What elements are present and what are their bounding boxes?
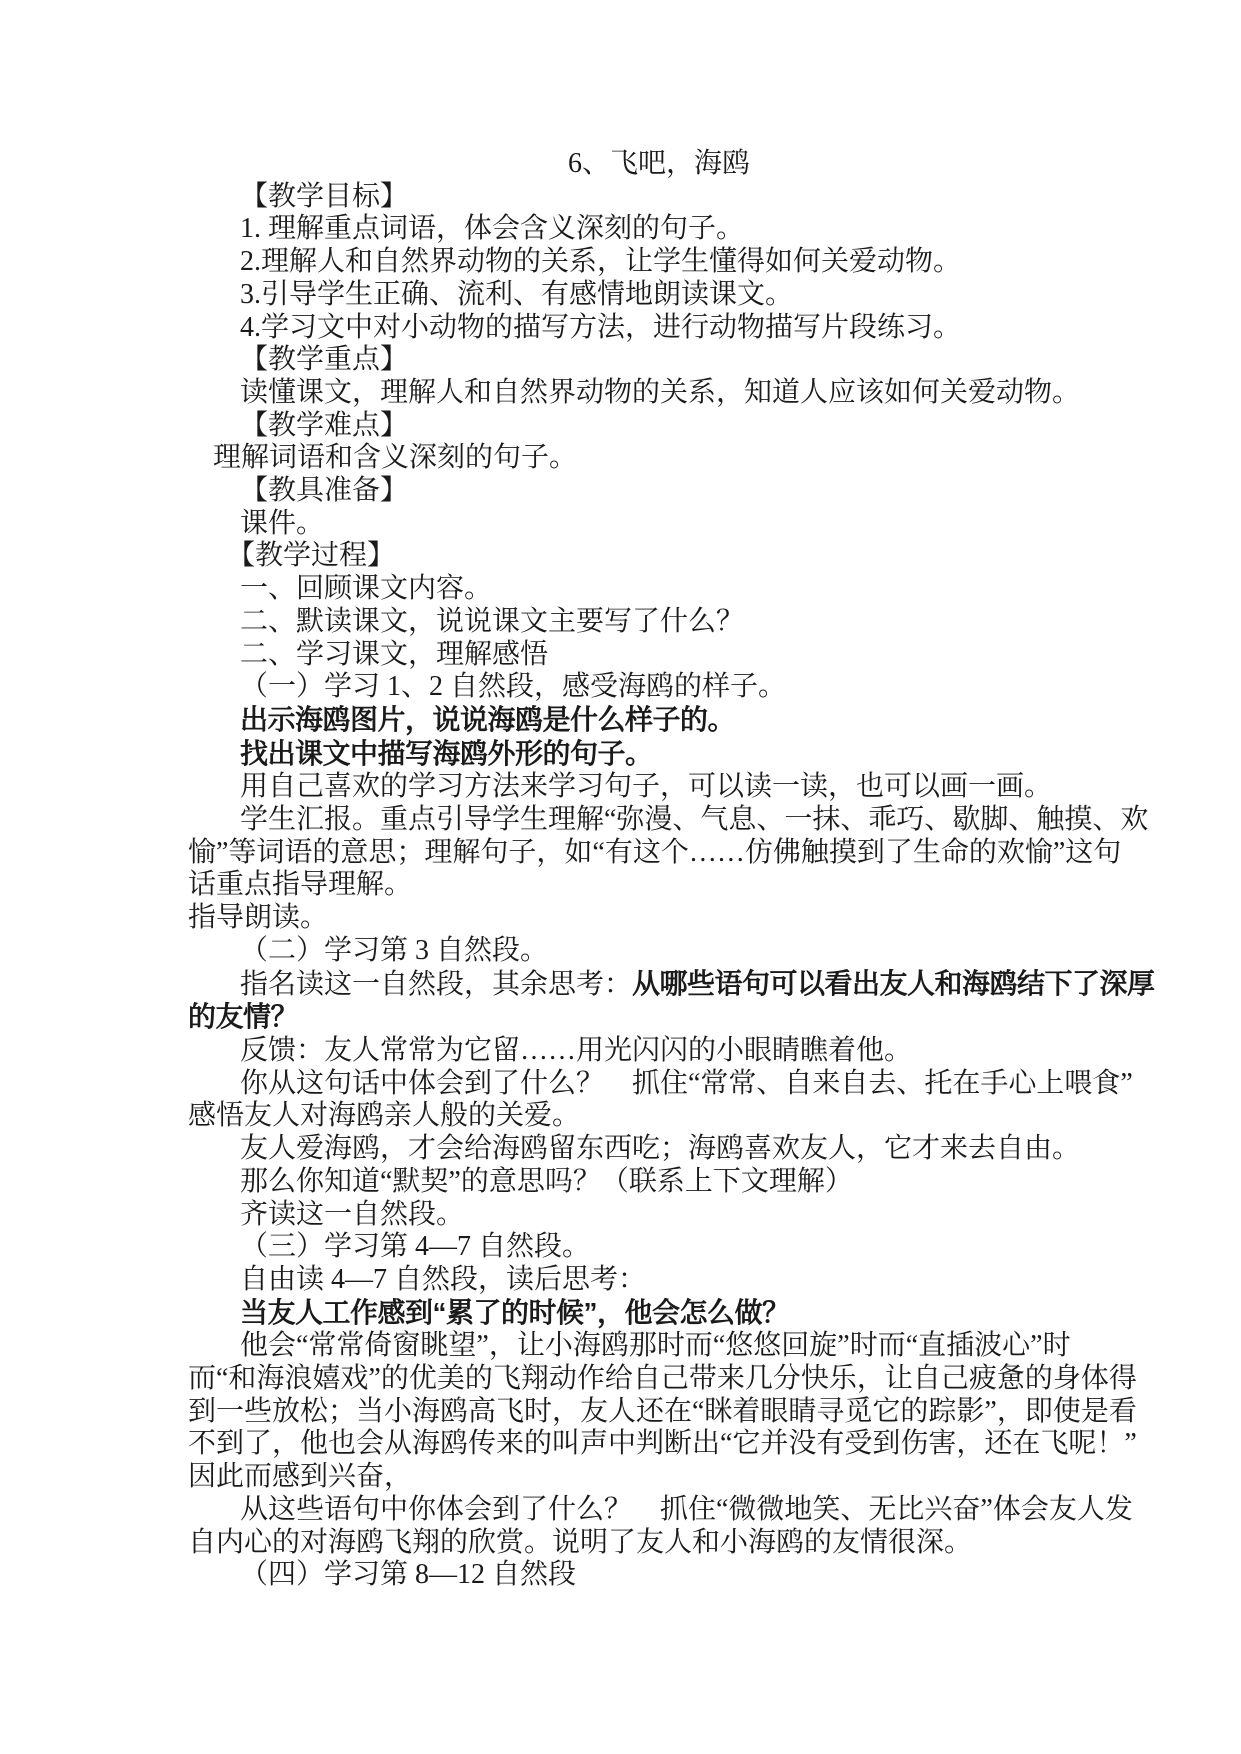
text-segment: 自由读 4—7 自然段，读后思考： [240,1264,646,1295]
text-segment: 齐读这一自然段。 [240,1199,464,1230]
text-line-22: 愉”等词语的意思；理解句子，如“有这个……仿佛触摸到了生命的欢愉”这句 [188,837,1056,870]
text-line-21: 学生汇报。重点引导学生理解“弥漫、气息、一抹、乖巧、歇脚、触摸、欢 [188,804,1056,837]
text-segment: 4.学习文中对小动物的描写方法，进行动物描写片段练习。 [240,312,961,343]
text-line-25: （二）学习第 3 自然段。 [188,935,1056,968]
text-segment: 学生汇报。重点引导学生理解“弥漫、气息、一抹、乖巧、歇脚、触摸、欢 [240,804,1148,835]
text-segment: 从这些语句中你体会到了什么？ 抓住“微微地笑、无比兴奋”体会友人发 [240,1494,1133,1525]
text-segment: 用自己喜欢的学习方法来学习句子，可以读一读，也可以画一画。 [240,771,1052,802]
text-line-12: 课件。 [188,508,1056,541]
text-line-44: （四）学习第 8—12 自然段 [188,1559,1056,1592]
text-line-19: 找出课文中描写海鸥外形的句子。 [188,738,1056,772]
bold-text-segment: 从哪些语句可以看出友人和海鸥结下了深厚 [632,968,1155,999]
text-segment: 3.引导学生正确、流利、有感情地朗读课文。 [240,279,793,310]
text-line-16: 二、学习课文，理解感悟 [188,639,1056,672]
bold-text-segment: 当友人工作感到“累了的时候”，他会怎么做？ [240,1297,790,1328]
text-segment: 【教学过程】 [227,540,395,571]
document-title-line: 6、飞吧，海鸥 [188,148,1056,181]
text-segment: 指导朗读。 [188,902,328,933]
text-segment: 友人爱海鸥，才会给海鸥留东西吃；海鸥喜欢友人，它才来去自由。 [240,1133,1080,1164]
text-segment: （四）学习第 8—12 自然段 [240,1559,576,1590]
text-line-26: 指名读这一自然段，其余思考：从哪些语句可以看出友人和海鸥结下了深厚 [188,968,1056,1002]
text-segment: 读懂课文，理解人和自然界动物的关系，知道人应该如何关爱动物。 [240,377,1080,408]
text-line-37: 他会“常常倚窗眺望”，让小海鸥那时而“悠悠回旋”时而“直插波心”时 [188,1330,1056,1363]
text-line-18: 出示海鸥图片，说说海鸥是什么样子的。 [188,704,1056,738]
text-line-3: 1. 理解重点词语，体会含义深刻的句子。 [188,213,1056,246]
text-segment: 二、默读课文，说说课文主要写了什么？ [240,606,744,637]
text-segment: 【教具准备】 [240,475,408,506]
text-line-6: 4.学习文中对小动物的描写方法，进行动物描写片段练习。 [188,312,1056,345]
text-segment: 他会“常常倚窗眺望”，让小海鸥那时而“悠悠回旋”时而“直插波心”时 [240,1330,1071,1361]
text-segment: （三）学习第 4—7 自然段。 [240,1231,590,1262]
text-segment: 愉”等词语的意思；理解句子，如“有这个……仿佛触摸到了生命的欢愉”这句 [188,837,1121,868]
text-line-11: 【教具准备】 [188,475,1056,508]
text-segment: 1. 理解重点词语，体会含义深刻的句子。 [240,213,744,244]
text-line-40: 不到了，他也会从海鸥传来的叫声中判断出“它并没有受到伤害，还在飞呢！” [188,1428,1056,1461]
text-segment: （一）学习 1、2 自然段，感受海鸥的样子。 [240,671,786,702]
text-line-39: 到一些放松；当小海鸥高飞时，友人还在“眯着眼睛寻觅它的踪影”，即使是看 [188,1396,1056,1429]
text-segment: 话重点指导理解。 [188,869,412,900]
text-line-17: （一）学习 1、2 自然段，感受海鸥的样子。 [188,671,1056,704]
text-line-30: 感悟友人对海鸥亲人般的关爱。 [188,1100,1056,1133]
text-line-4: 2.理解人和自然界动物的关系，让学生懂得如何关爱动物。 [188,246,1056,279]
text-line-34: （三）学习第 4—7 自然段。 [188,1231,1056,1264]
text-segment: 2.理解人和自然界动物的关系，让学生懂得如何关爱动物。 [240,246,961,277]
text-line-2: 【教学目标】 [188,181,1056,214]
text-line-23: 话重点指导理解。 [188,869,1056,902]
bold-text-segment: 的友情？ [188,1001,298,1032]
text-line-20: 用自己喜欢的学习方法来学习句子，可以读一读，也可以画一画。 [188,771,1056,804]
text-line-27: 的友情？ [188,1001,1056,1035]
text-line-38: 而“和海浪嬉戏”的优美的飞翔动作给自己带来几分快乐，让自己疲惫的身体得 [188,1363,1056,1396]
text-segment: 自内心的对海鸥飞翔的欣赏。说明了友人和小海鸥的友情很深。 [188,1527,972,1558]
text-line-8: 读懂课文，理解人和自然界动物的关系，知道人应该如何关爱动物。 [188,377,1056,410]
text-line-35: 自由读 4—7 自然段，读后思考： [188,1264,1056,1297]
document-page: 6、飞吧，海鸥【教学目标】1. 理解重点词语，体会含义深刻的句子。2.理解人和自… [0,0,1241,1754]
text-line-15: 二、默读课文，说说课文主要写了什么？ [188,606,1056,639]
text-segment: 【教学难点】 [240,410,408,441]
text-line-43: 自内心的对海鸥飞翔的欣赏。说明了友人和小海鸥的友情很深。 [188,1527,1056,1560]
text-segment: 课件。 [240,508,324,539]
bold-text-segment: 找出课文中描写海鸥外形的句子。 [240,738,653,769]
text-segment: 【教学目标】 [240,181,408,212]
text-line-42: 从这些语句中你体会到了什么？ 抓住“微微地笑、无比兴奋”体会友人发 [188,1494,1056,1527]
text-segment: 而“和海浪嬉戏”的优美的飞翔动作给自己带来几分快乐，让自己疲惫的身体得 [188,1363,1137,1394]
text-segment: 6、飞吧，海鸥 [568,148,750,179]
text-line-36: 当友人工作感到“累了的时候”，他会怎么做？ [188,1297,1056,1331]
text-segment: 【教学重点】 [240,344,408,375]
text-line-9: 【教学难点】 [188,410,1056,443]
text-segment: 指名读这一自然段，其余思考： [240,969,632,1000]
text-line-31: 友人爱海鸥，才会给海鸥留东西吃；海鸥喜欢友人，它才来去自由。 [188,1133,1056,1166]
text-line-41: 因此而感到兴奋， [188,1461,1056,1494]
text-line-13: 【教学过程】 [188,540,1056,573]
text-line-7: 【教学重点】 [188,344,1056,377]
text-segment: 理解词语和含义深刻的句子。 [213,442,577,473]
text-line-14: 一、回顾课文内容。 [188,573,1056,606]
text-line-28: 反馈：友人常常为它留……用光闪闪的小眼睛瞧着他。 [188,1035,1056,1068]
text-line-10: 理解词语和含义深刻的句子。 [188,442,1056,475]
text-segment: 因此而感到兴奋， [188,1461,412,1492]
bold-text-segment: 出示海鸥图片，说说海鸥是什么样子的。 [240,704,735,735]
document-lines: 6、飞吧，海鸥【教学目标】1. 理解重点词语，体会含义深刻的句子。2.理解人和自… [188,148,1056,1592]
text-segment: （二）学习第 3 自然段。 [240,935,548,966]
text-segment: 感悟友人对海鸥亲人般的关爱。 [188,1100,580,1131]
text-segment: 反馈：友人常常为它留……用光闪闪的小眼睛瞧着他。 [240,1035,912,1066]
text-segment: 你从这句话中体会到了什么？ 抓住“常常、自来自去、托在手心上喂食” [240,1068,1133,1099]
text-segment: 到一些放松；当小海鸥高飞时，友人还在“眯着眼睛寻觅它的踪影”，即使是看 [188,1396,1137,1427]
text-segment: 二、学习课文，理解感悟 [240,639,548,670]
text-line-5: 3.引导学生正确、流利、有感情地朗读课文。 [188,279,1056,312]
text-line-32: 那么你知道“默契”的意思吗？（联系上下文理解） [188,1166,1056,1199]
text-segment: 不到了，他也会从海鸥传来的叫声中判断出“它并没有受到伤害，还在飞呢！” [188,1428,1137,1459]
text-line-33: 齐读这一自然段。 [188,1199,1056,1232]
text-segment: 一、回顾课文内容。 [240,573,492,604]
text-line-24: 指导朗读。 [188,902,1056,935]
text-segment: 那么你知道“默契”的意思吗？（联系上下文理解） [240,1166,853,1197]
text-line-29: 你从这句话中体会到了什么？ 抓住“常常、自来自去、托在手心上喂食” [188,1068,1056,1101]
